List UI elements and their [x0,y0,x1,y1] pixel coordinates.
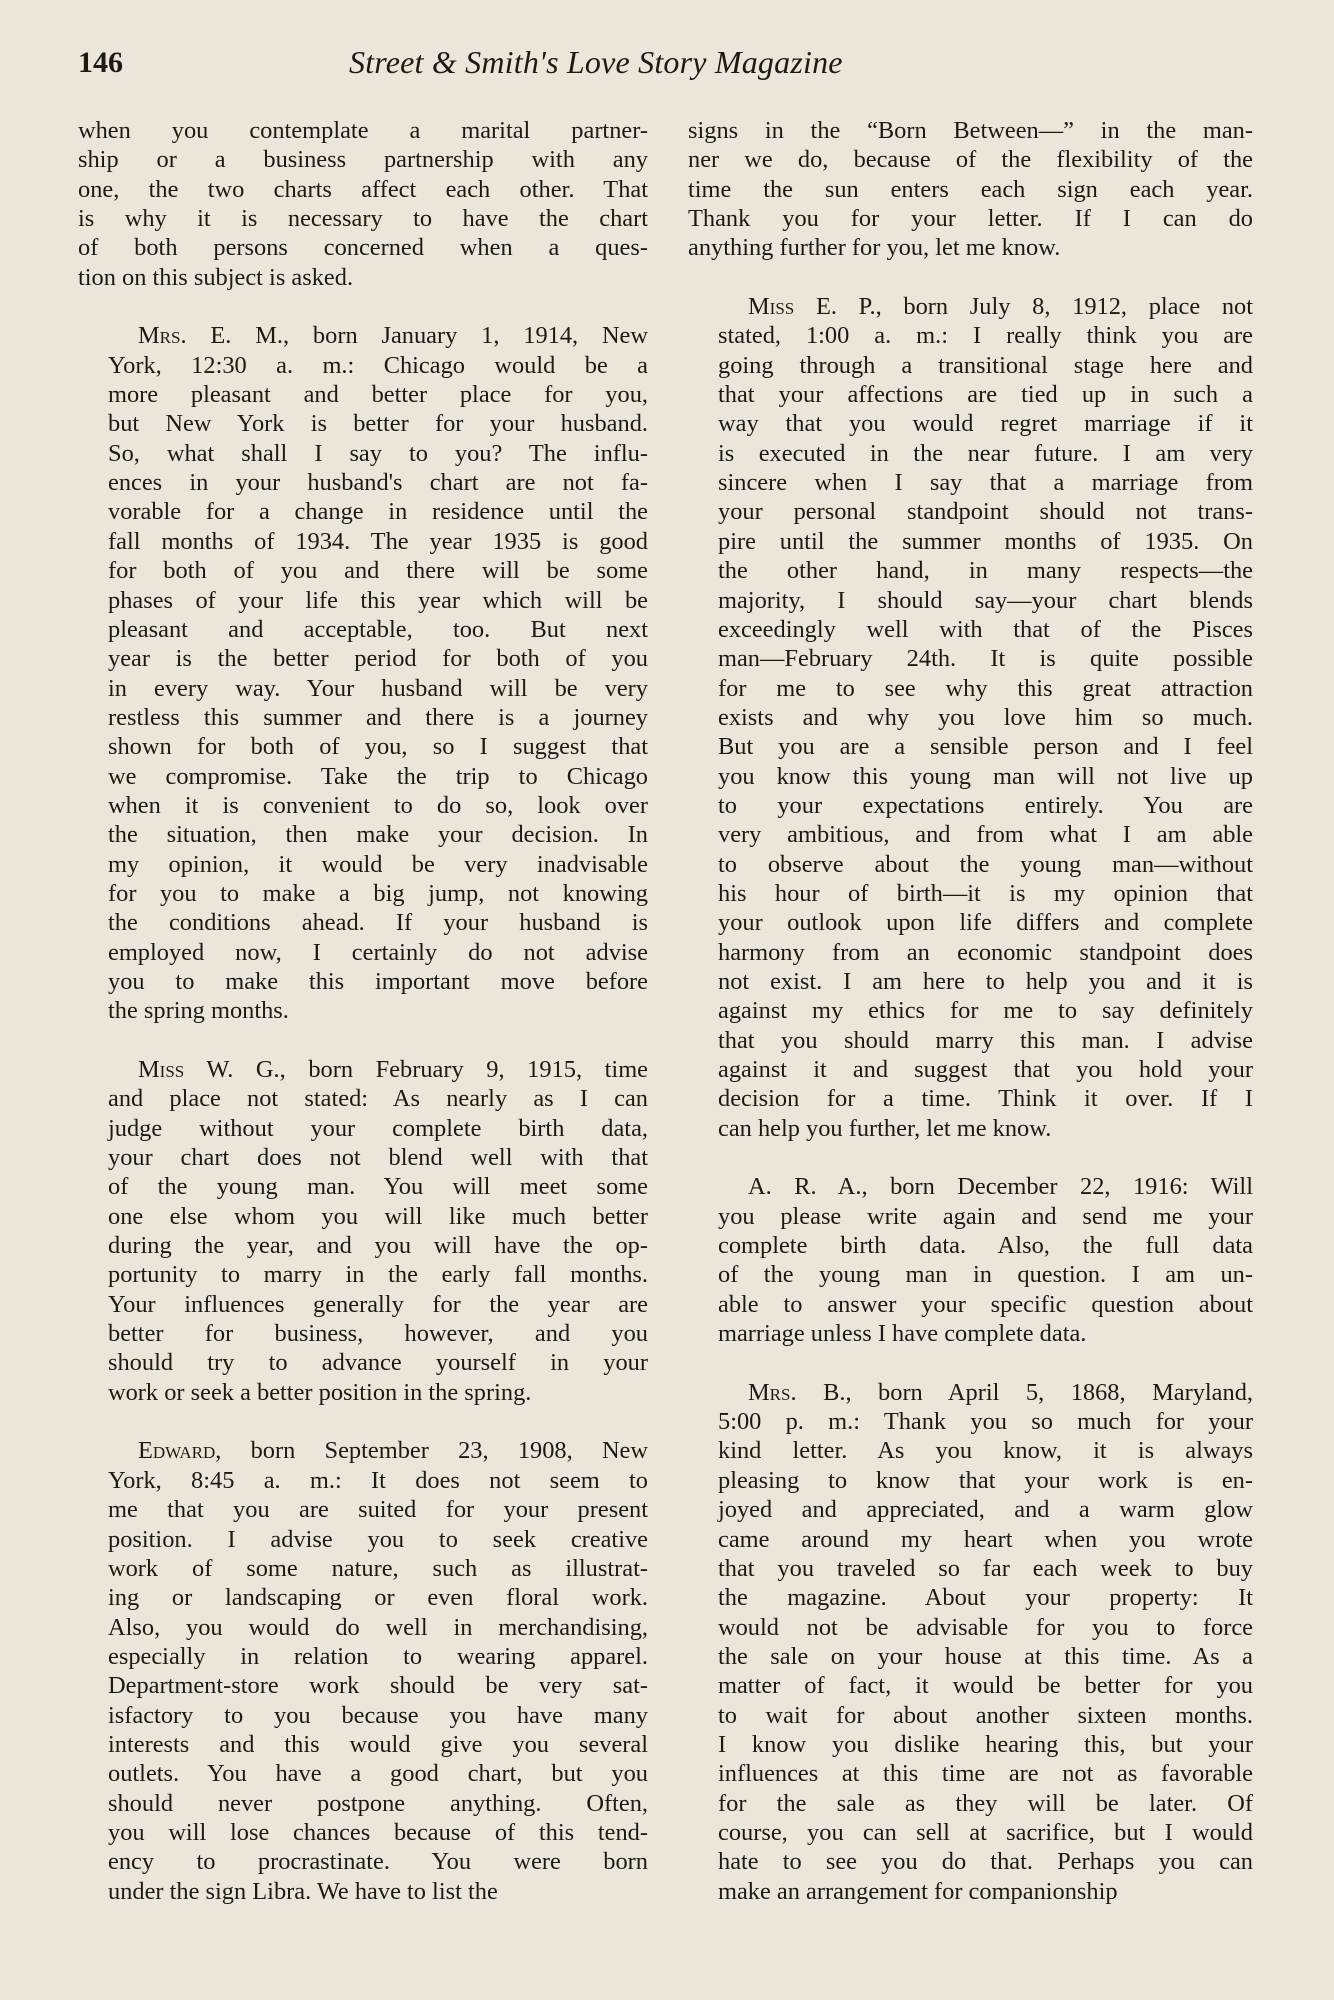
text-line: when you contemplate a marital partner- [78,116,648,145]
text-line: decision for a time. Think it over. If I [688,1084,1253,1113]
text-line: against it and suggest that you hold you… [688,1055,1253,1084]
text-line: you please write again and send me your [688,1202,1253,1231]
text-line: York, 8:45 a. m.: It does not seem to [78,1466,648,1495]
text-line: 5:00 p. m.: Thank you so much for your [688,1407,1253,1436]
text-line: marriage unless I have complete data. [688,1319,1253,1348]
text-line: time the sun enters each sign each year. [688,175,1253,204]
text-line: exceedingly well with that of the Pisces [688,615,1253,644]
text-line: Department-store work should be very sat… [78,1671,648,1700]
text-line: Also, you would do well in merchandising… [78,1613,648,1642]
reader-reply-paragraph: Mrs. E. M., born January 1, 1914, NewYor… [78,321,648,1025]
text-line: make an arrangement for companionship [688,1877,1253,1906]
text-line: the spring months. [78,996,648,1025]
text-line: sincere when I say that a marriage from [688,468,1253,497]
text-line: stated, 1:00 a. m.: I really think you a… [688,321,1253,350]
text-line: influences at this time are not as favor… [688,1759,1253,1788]
text-line: and place not stated: As nearly as I can [78,1084,648,1113]
text-line: Thank you for your letter. If I can do [688,204,1253,233]
text-line: ences in your husband's chart are not fa… [78,468,648,497]
correspondent-name: Miss W. G., [138,1056,286,1083]
reader-reply-paragraph: A. R. A., born December 22, 1916: Willyo… [688,1172,1253,1348]
text-line: phases of your life this year which will… [78,586,648,615]
correspondent-name: Miss E. P., [748,293,882,320]
text-line: anything further for you, let me know. [688,233,1253,262]
text-line: under the sign Libra. We have to list th… [78,1877,648,1906]
page-header: 146 Street & Smith's Love Story Magazine [78,44,1258,94]
text-line: Mrs. E. M., born January 1, 1914, New [78,321,648,350]
text-line: more pleasant and better place for you, [78,380,648,409]
text-line: work of some nature, such as illustrat- [78,1554,648,1583]
text-line: your chart does not blend well with that [78,1143,648,1172]
text-line: the situation, then make your decision. … [78,820,648,849]
text-line: during the year, and you will have the o… [78,1231,648,1260]
text-line: hate to see you do that. Perhaps you can [688,1847,1253,1876]
text-line: to wait for about another sixteen months… [688,1701,1253,1730]
text-line: majority, I should say—your chart blends [688,586,1253,615]
text-line: ency to procrastinate. You were born [78,1847,648,1876]
text-line: judge without your complete birth data, [78,1114,648,1143]
text-line: for me to see why this great attraction [688,674,1253,703]
text-line: of the young man in question. I am un- [688,1260,1253,1289]
left-column: when you contemplate a marital partner-s… [78,116,648,1935]
text-line: you will lose chances because of this te… [78,1818,648,1847]
text-line: fall months of 1934. The year 1935 is go… [78,527,648,556]
text-line: my opinion, it would be very inadvisable [78,850,648,879]
text-line: better for business, however, and you [78,1319,648,1348]
text-line: very ambitious, and from what I am able [688,820,1253,849]
text-line: pleasing to know that your work is en- [688,1466,1253,1495]
text-line: one, the two charts affect each other. T… [78,175,648,204]
text-line: joyed and appreciated, and a warm glow [688,1495,1253,1524]
text-line: one else whom you will like much better [78,1202,648,1231]
text-line: work or seek a better position in the sp… [78,1378,648,1407]
text-line: Mrs. B., born April 5, 1868, Maryland, [688,1378,1253,1407]
text-line: ner we do, because of the flexibility of… [688,145,1253,174]
text-line: tion on this subject is asked. [78,263,648,292]
text-line: came around my heart when you wrote [688,1525,1253,1554]
text-line: for the sale as they will be later. Of [688,1789,1253,1818]
text-line: harmony from an economic standpoint does [688,938,1253,967]
text-line: ship or a business partnership with any [78,145,648,174]
text-line: exists and why you love him so much. [688,703,1253,732]
text-line: when it is convenient to do so, look ove… [78,791,648,820]
text-line: So, what shall I say to you? The influ- [78,439,648,468]
text-line: shown for both of you, so I suggest that [78,732,648,761]
text-line: Edward, born September 23, 1908, New [78,1436,648,1465]
running-title: Street & Smith's Love Story Magazine [349,44,843,81]
text-line: portunity to marry in the early fall mon… [78,1260,648,1289]
page-number: 146 [78,46,123,80]
text-line: of the young man. You will meet some [78,1172,648,1201]
text-line: But you are a sensible person and I feel [688,732,1253,761]
text-line: your personal standpoint should not tran… [688,497,1253,526]
reader-reply-paragraph: Mrs. B., born April 5, 1868, Maryland,5:… [688,1378,1253,1906]
text-line: that your affections are tied up in such… [688,380,1253,409]
text-line: for both of you and there will be some [78,556,648,585]
text-line: vorable for a change in residence until … [78,497,648,526]
text-line: ing or landscaping or even floral work. [78,1583,648,1612]
text-line: for you to make a big jump, not knowing [78,879,648,908]
text-line: employed now, I certainly do not advise [78,938,648,967]
reader-reply-paragraph: Miss W. G., born February 9, 1915, timea… [78,1055,648,1407]
text-line: restless this summer and there is a jour… [78,703,648,732]
text-line: me that you are suited for your present [78,1495,648,1524]
text-line: matter of fact, it would be better for y… [688,1671,1253,1700]
text-line: is executed in the near future. I am ver… [688,439,1253,468]
reader-reply-paragraph: Edward, born September 23, 1908, NewYork… [78,1436,648,1906]
text-line: course, you can sell at sacrifice, but I… [688,1818,1253,1847]
text-line: able to answer your specific question ab… [688,1290,1253,1319]
correspondent-name: A. R. A., [748,1173,868,1200]
text-line: isfactory to you because you have many [78,1701,648,1730]
text-line: man—February 24th. It is quite possible [688,644,1253,673]
text-line: especially in relation to wearing appare… [78,1642,648,1671]
text-line: the sale on your house at this time. As … [688,1642,1253,1671]
text-line: the conditions ahead. If your husband is [78,908,648,937]
text-line: your outlook upon life differs and compl… [688,908,1253,937]
text-line: outlets. You have a good chart, but you [78,1759,648,1788]
text-line: his hour of birth—it is my opinion that [688,879,1253,908]
text-line: to your expectations entirely. You are [688,791,1253,820]
correspondent-name: Edward, [138,1437,221,1464]
continued-paragraph: when you contemplate a marital partner-s… [78,116,648,292]
text-line: year is the better period for both of yo… [78,644,648,673]
correspondent-name: Mrs. E. M., [138,322,289,349]
text-line: we compromise. Take the trip to Chicago [78,762,648,791]
right-column: signs in the “Born Between—” in the man-… [688,116,1253,1935]
text-line: position. I advise you to seek creative [78,1525,648,1554]
reader-reply-paragraph: Miss E. P., born July 8, 1912, place not… [688,292,1253,1143]
text-line: way that you would regret marriage if it [688,409,1253,438]
text-line: you to make this important move before [78,967,648,996]
text-line: should never postpone anything. Often, [78,1789,648,1818]
text-line: of both persons concerned when a ques- [78,233,648,262]
text-line: I know you dislike hearing this, but you… [688,1730,1253,1759]
text-line: A. R. A., born December 22, 1916: Will [688,1172,1253,1201]
text-line: Miss E. P., born July 8, 1912, place not [688,292,1253,321]
text-line: should try to advance yourself in your [78,1348,648,1377]
text-line: complete birth data. Also, the full data [688,1231,1253,1260]
text-line: signs in the “Born Between—” in the man- [688,116,1253,145]
text-line: to observe about the young man—without [688,850,1253,879]
text-line: in every way. Your husband will be very [78,674,648,703]
text-line: York, 12:30 a. m.: Chicago would be a [78,351,648,380]
text-line: you know this young man will not live up [688,762,1253,791]
text-line: Your influences generally for the year a… [78,1290,648,1319]
text-line: interests and this would give you severa… [78,1730,648,1759]
text-line: not exist. I am here to help you and it … [688,967,1253,996]
text-line: but New York is better for your husband. [78,409,648,438]
text-line: the other hand, in many respects—the [688,556,1253,585]
text-line: that you traveled so far each week to bu… [688,1554,1253,1583]
text-line: would not be advisable for you to force [688,1613,1253,1642]
text-line: going through a transitional stage here … [688,351,1253,380]
text-line: pleasant and acceptable, too. But next [78,615,648,644]
text-line: kind letter. As you know, it is always [688,1436,1253,1465]
text-line: Miss W. G., born February 9, 1915, time [78,1055,648,1084]
text-line: that you should marry this man. I advise [688,1026,1253,1055]
text-line: is why it is necessary to have the chart [78,204,648,233]
correspondent-name: Mrs. B., [748,1379,852,1406]
continued-paragraph: signs in the “Born Between—” in the man-… [688,116,1253,263]
text-line: can help you further, let me know. [688,1114,1253,1143]
text-line: pire until the summer months of 1935. On [688,527,1253,556]
text-line: against my ethics for me to say definite… [688,996,1253,1025]
text-line: the magazine. About your property: It [688,1583,1253,1612]
